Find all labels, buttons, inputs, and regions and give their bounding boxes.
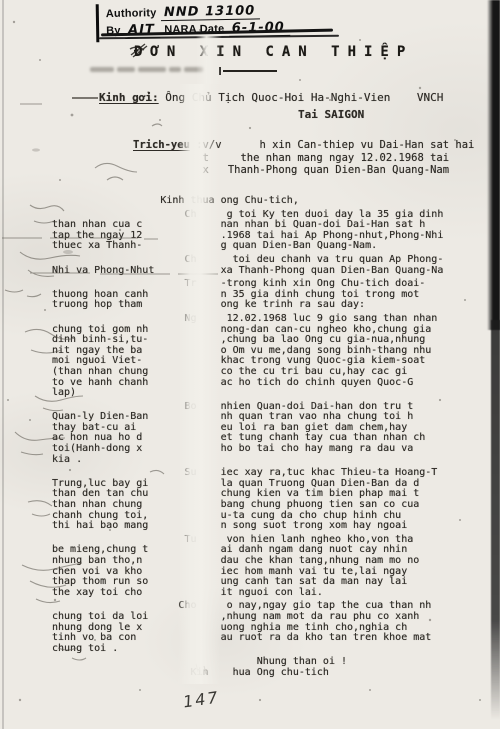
- scanned-document-page: Authority NND 13100 By AIT NARA Date 6-1…: [0, 0, 500, 729]
- handwritten-strike-mark: [129, 41, 149, 59]
- authority-value-handwritten: NND 13100: [161, 3, 261, 21]
- body-paragraph: Ch g toi Ky ten duoi day la 35 gia dinh …: [52, 210, 443, 252]
- body-paragraph: Tr -trong kinh xin Ong Chu-tich doai- th…: [52, 279, 443, 311]
- pencil-leader-dashes: [72, 97, 98, 99]
- body-paragraph: Su iec xay ra,tuc khac Thieu-ta Hoang-T …: [52, 468, 443, 532]
- subject-line1: :v/v h xin Can-thiep vu Dai-Han sat hai: [190, 139, 474, 151]
- subject-line2: t the nhan mang ngay 12.02.1968 tai: [133, 152, 474, 165]
- handwritten-page-number: 147: [182, 688, 221, 712]
- body-paragraph: Bo nhien Quan-doi Dai-han don tru t Quan…: [52, 402, 443, 466]
- salutation-text: Ông Chủ Tịch Quoc-Hoi Ha-Nghi-Vien VNCH: [159, 91, 444, 104]
- subject-label: Trich-yeu: [133, 139, 190, 151]
- subject-line3: x Thanh-Phong quan Dien-Ban Quang-Nam: [133, 164, 474, 177]
- body-text: Kinh thua ong Chu-tich, Ch g toi Ky ten …: [52, 196, 443, 682]
- body-paragraph: Ch toi deu chanh va tru quan Ap Phong- N…: [52, 255, 443, 276]
- addressee-location: Tai SAIGON: [298, 108, 364, 121]
- subject-block: Trich-yeu :v/v h xin Can-thiep vu Dai-Ha…: [133, 139, 474, 177]
- illegible-stamp-mark: [90, 63, 240, 77]
- document-title: ĐƠN XIN CAN THIỆP: [134, 44, 413, 60]
- body-paragraph: Nhung than oi ! Kin hua Ong chu-tich: [52, 657, 443, 678]
- scan-edge-shadow-right-top: [487, 0, 500, 330]
- title-underline-mark: [223, 70, 277, 72]
- body-paragraph: Kinh thua ong Chu-tich,: [52, 196, 443, 207]
- scan-edge-line-left: [2, 0, 4, 729]
- body-paragraph: Ng 12.02.1968 luc 9 gio sang than nhan c…: [52, 314, 443, 399]
- scan-edge-shadow-right-bottom: [491, 320, 500, 720]
- salutation-label: Kinh gởi:: [99, 91, 159, 104]
- body-paragraph: Tu von hien lanh ngheo kho,von tha be mi…: [52, 535, 443, 599]
- body-paragraph: Cho o nay,ngay gio tap the cua than nh c…: [52, 601, 443, 654]
- authority-label: Authority: [106, 7, 157, 20]
- addressee-block: Kinh gởi: Ông Chủ Tịch Quoc-Hoi Ha-Nghi-…: [99, 90, 443, 105]
